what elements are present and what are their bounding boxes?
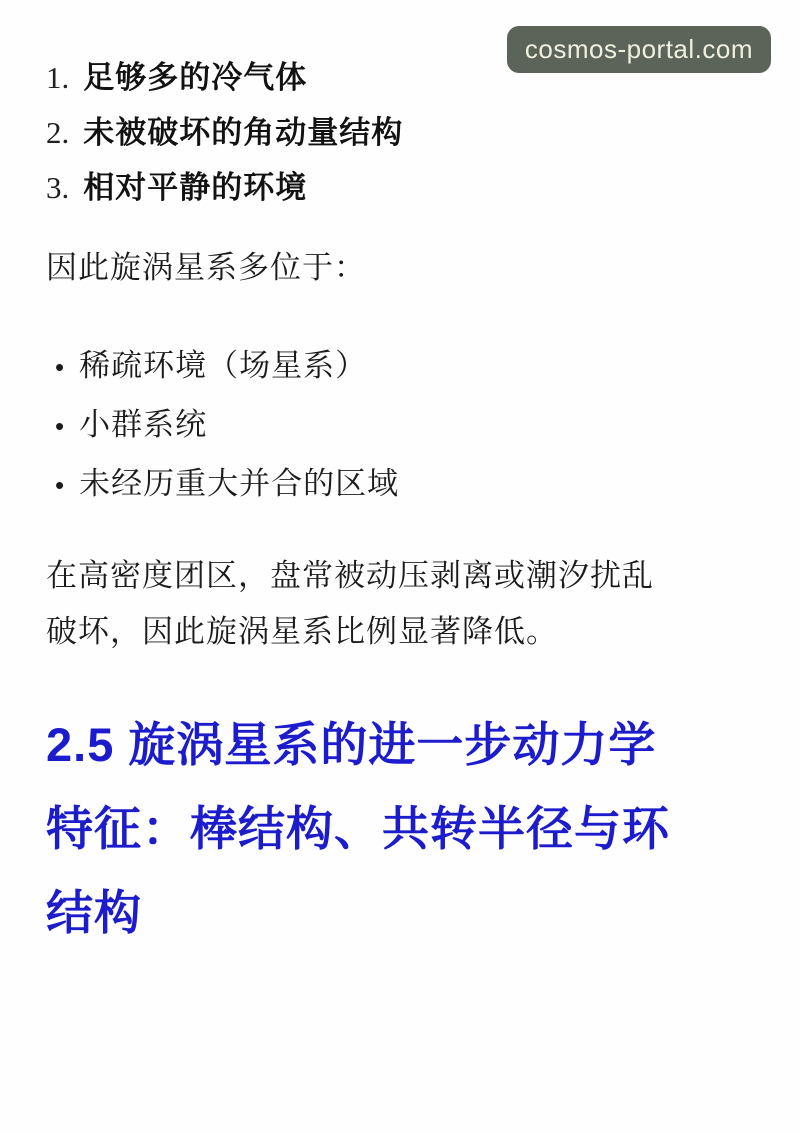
- heading-line: 结构: [46, 871, 756, 955]
- body-paragraph: 在高密度团区，盘常被动压剥离或潮汐扰乱 破坏，因此旋涡星系比例显著降低。: [46, 548, 756, 660]
- bullet-icon: •: [55, 397, 65, 455]
- bullet-list-item: • 未经历重大并合的区域: [46, 455, 756, 514]
- heading-line: 特征：棒结构、共转半径与环: [46, 787, 756, 871]
- section-heading: 2.5 旋涡星系的进一步动力学 特征：棒结构、共转半径与环 结构: [46, 703, 756, 955]
- item-number: 2.: [46, 105, 69, 160]
- paragraph-line: 破坏，因此旋涡星系比例显著降低。: [46, 604, 756, 660]
- intro-paragraph: 因此旋涡星系多位于：: [46, 240, 756, 295]
- bullet-text: 未经历重大并合的区域: [79, 455, 399, 513]
- bullet-text: 小群系统: [79, 396, 207, 454]
- site-watermark-label: cosmos-portal.com: [525, 34, 753, 64]
- bullet-icon: •: [55, 338, 65, 396]
- item-text: 未被破坏的角动量结构: [83, 105, 403, 160]
- document-content: 1. 足够多的冷气体 2. 未被破坏的角动量结构 3. 相对平静的环境 因此旋涡…: [0, 0, 800, 955]
- heading-line: 2.5 旋涡星系的进一步动力学: [46, 703, 756, 787]
- bullet-text: 稀疏环境（场星系）: [79, 337, 367, 395]
- bullet-icon: •: [55, 456, 65, 514]
- item-number: 1.: [46, 50, 69, 105]
- document-page: cosmos-portal.com 1. 足够多的冷气体 2. 未被破坏的角动量…: [0, 0, 800, 1132]
- bullet-list-item: • 小群系统: [46, 396, 756, 455]
- bullet-list: • 稀疏环境（场星系） • 小群系统 • 未经历重大并合的区域: [46, 337, 756, 514]
- numbered-list: 1. 足够多的冷气体 2. 未被破坏的角动量结构 3. 相对平静的环境: [46, 50, 756, 215]
- numbered-list-item: 2. 未被破坏的角动量结构: [46, 105, 756, 160]
- item-number: 3.: [46, 160, 69, 215]
- paragraph-line: 在高密度团区，盘常被动压剥离或潮汐扰乱: [46, 548, 756, 604]
- bullet-list-item: • 稀疏环境（场星系）: [46, 337, 756, 396]
- item-text: 相对平静的环境: [83, 160, 307, 215]
- numbered-list-item: 3. 相对平静的环境: [46, 160, 756, 215]
- site-watermark-badge: cosmos-portal.com: [507, 26, 771, 73]
- item-text: 足够多的冷气体: [83, 50, 307, 105]
